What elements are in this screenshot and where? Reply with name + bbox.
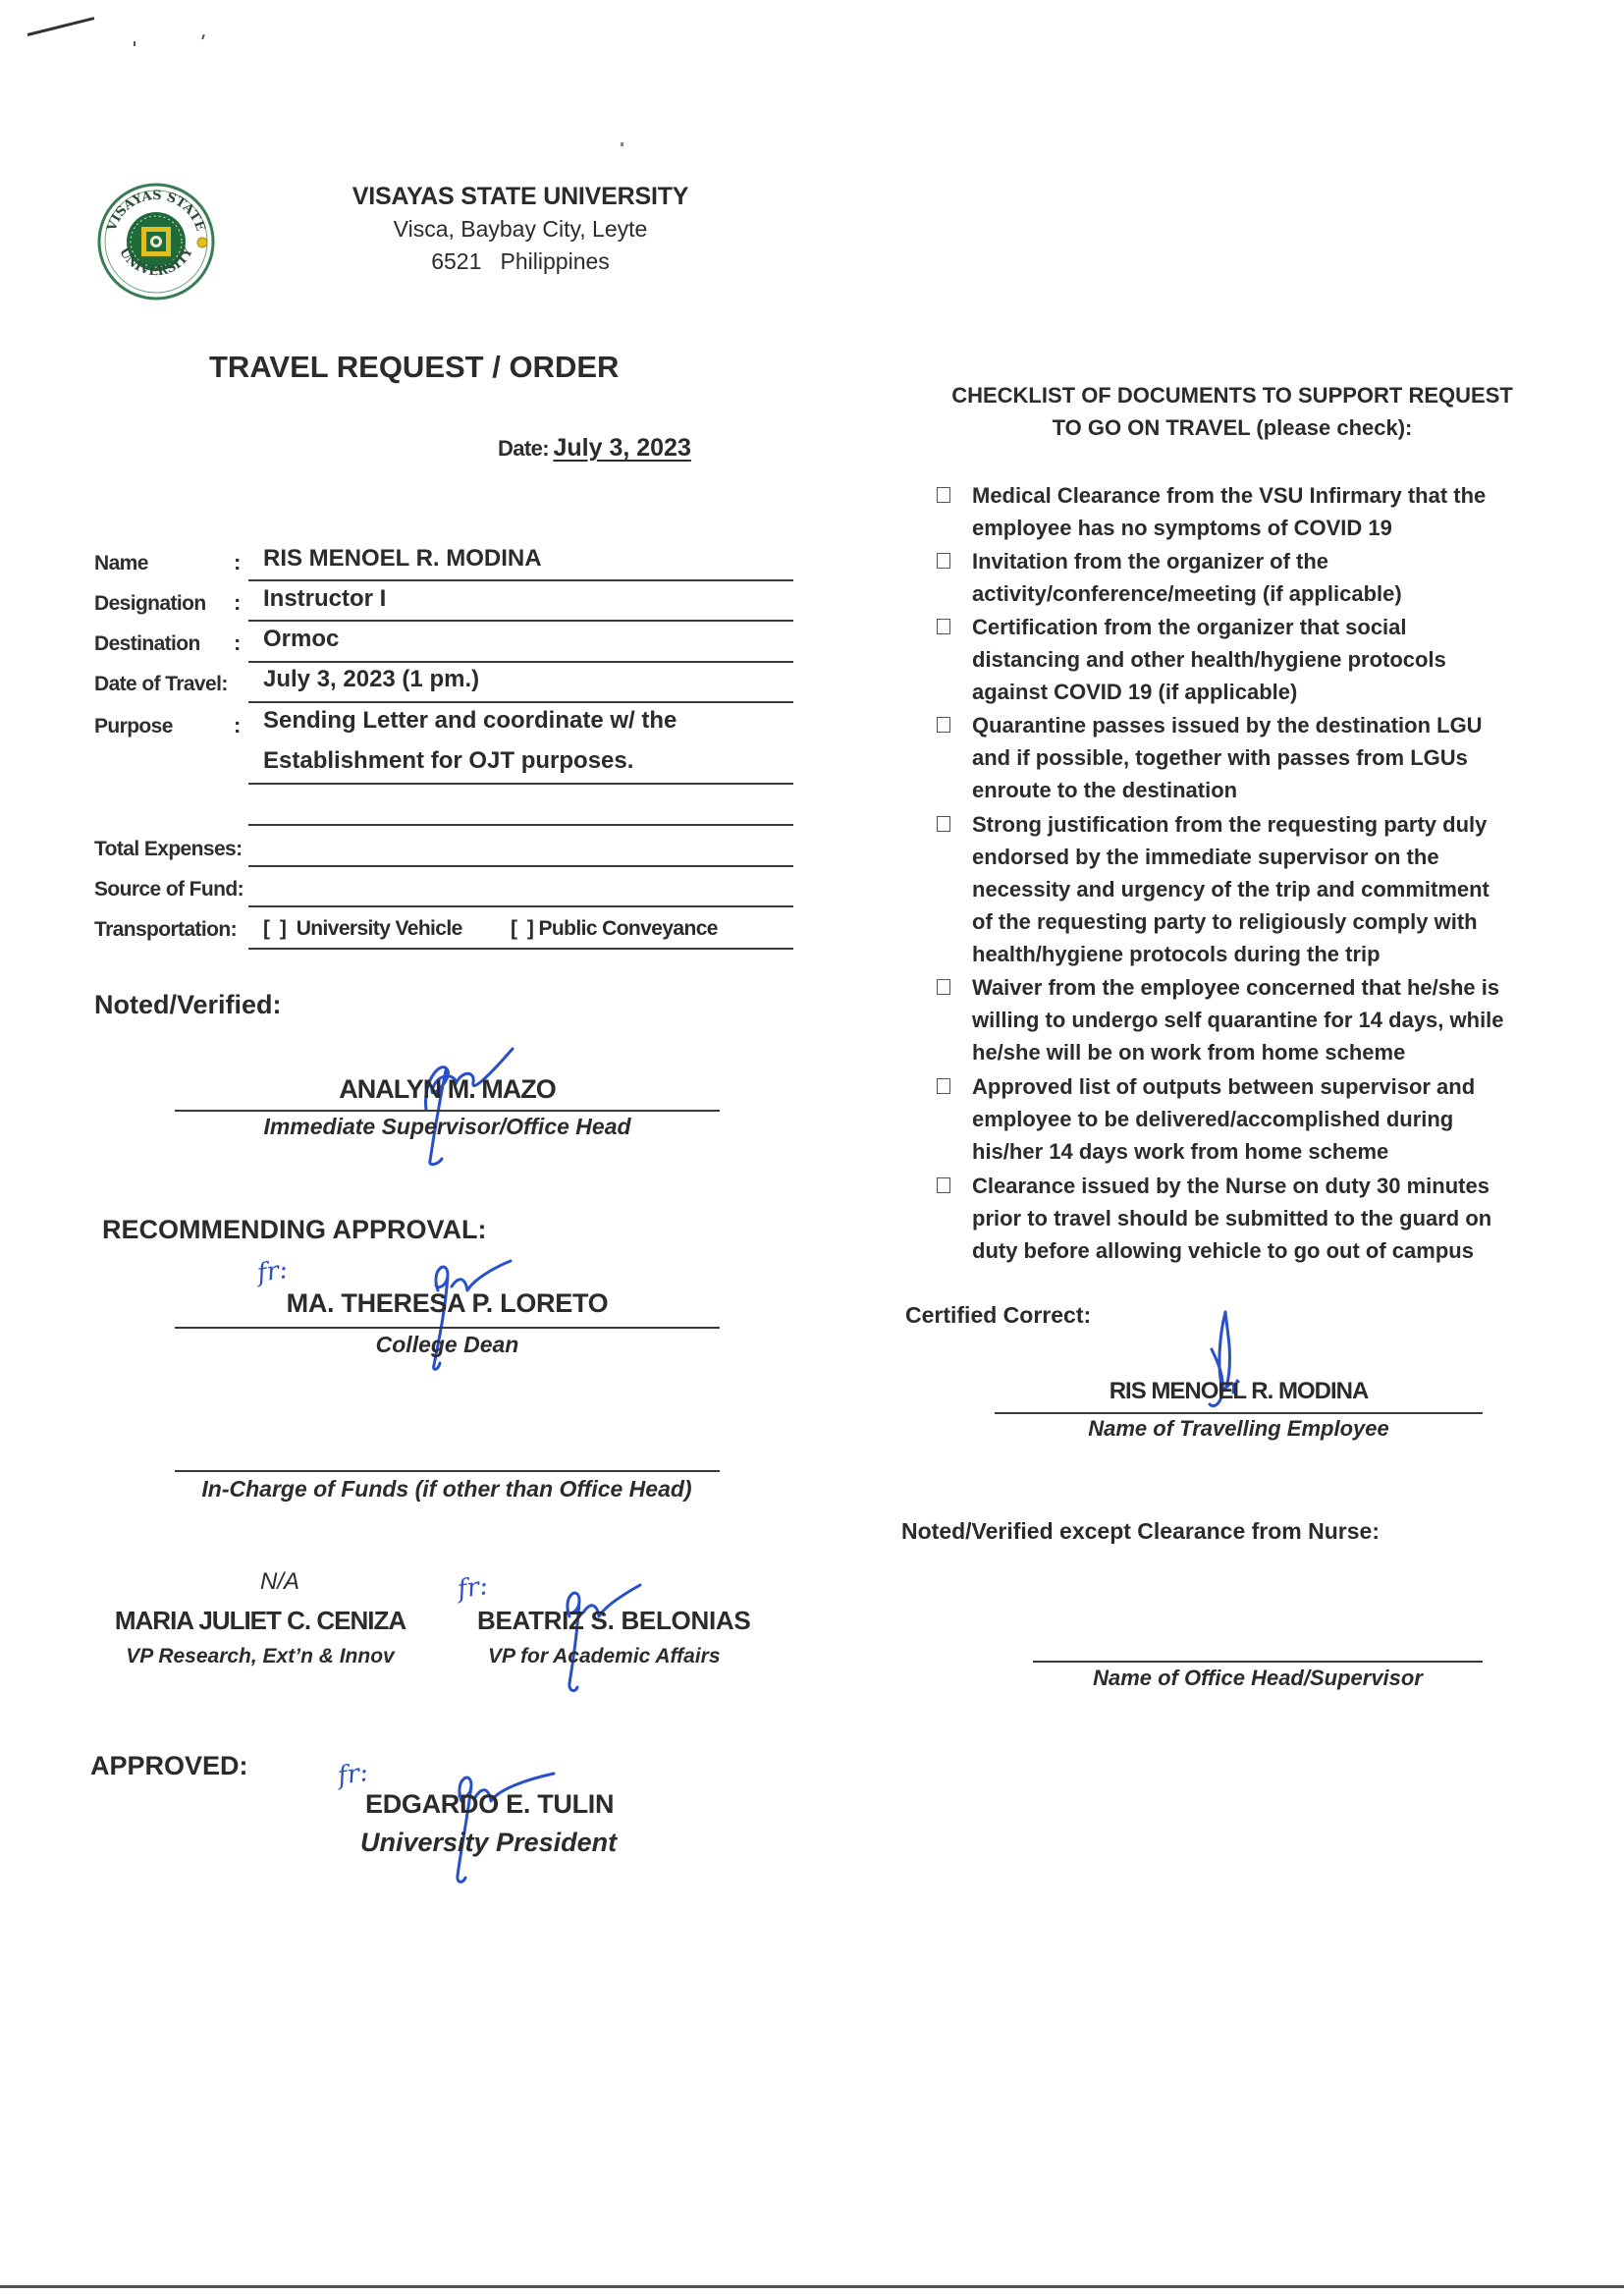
source-of-fund-field[interactable]: [263, 873, 793, 902]
date-value[interactable]: July 3, 2023: [553, 434, 690, 462]
date-label: Date:: [498, 436, 549, 461]
checklist-heading: CHECKLIST OF DOCUMENTS TO SUPPORT REQUES…: [923, 379, 1542, 444]
university-logo: VISAYAS STATE UNIVERSITY: [96, 182, 216, 301]
travelling-employee-role: Name of Travelling Employee: [995, 1416, 1483, 1442]
transportation-label: Transportation:: [94, 918, 237, 942]
name-label: Name: [94, 552, 148, 575]
checklist-item[interactable]: Approved list of outputs between supervi…: [937, 1070, 1565, 1168]
signature-mazo: [403, 1041, 540, 1169]
noted-verified-signature-line: [175, 1110, 720, 1112]
designation-underline: [248, 620, 793, 622]
source-of-fund-underline: [248, 905, 793, 907]
checklist-item[interactable]: Waiver from the employee concerned that …: [937, 971, 1565, 1068]
checklist-heading-line2: TO GO ON TRAVEL (please check):: [923, 411, 1542, 444]
scan-dot: [134, 41, 135, 46]
page-title: TRAVEL REQUEST / ORDER: [209, 350, 619, 385]
vp-research-na-note: N/A: [260, 1568, 299, 1596]
noted-verified-signer-role: Immediate Supervisor/Office Head: [175, 1114, 720, 1140]
funds-role: In-Charge of Funds (if other than Office…: [157, 1476, 736, 1503]
checkbox[interactable]: [937, 1177, 950, 1193]
destination-field[interactable]: Ormoc: [263, 626, 339, 653]
checklist-item[interactable]: Certification from the organizer that so…: [937, 611, 1565, 708]
transportation-underline: [248, 948, 793, 950]
purpose-field-line1[interactable]: Sending Letter and coordinate w/ the: [263, 707, 677, 735]
vp-research-name: MARIA JULIET C. CENIZA: [98, 1606, 422, 1636]
page-bottom-edge: [0, 2285, 1624, 2288]
recommending-signature-line: [175, 1327, 720, 1329]
destination-underline: [248, 661, 793, 663]
recommending-fr-annotation: fr:: [255, 1255, 290, 1288]
funds-signature-line: [175, 1470, 720, 1472]
office-head-signature-line: [1033, 1661, 1483, 1663]
checklist-item[interactable]: Quarantine passes issued by the destinat…: [937, 709, 1565, 806]
purpose-label: Purpose: [94, 715, 173, 738]
date-of-travel-underline: [248, 701, 793, 703]
purpose-underline: [248, 783, 793, 785]
purpose-colon: :: [234, 713, 241, 738]
checklist-item[interactable]: Invitation from the organizer of theacti…: [937, 545, 1565, 610]
public-conveyance-option[interactable]: [ ] Public Conveyance: [511, 917, 718, 941]
approved-heading: APPROVED:: [90, 1751, 248, 1781]
recommending-approval-heading: RECOMMENDING APPROVAL:: [102, 1215, 487, 1245]
vp-academic-fr-annotation: fr:: [456, 1571, 490, 1605]
checklist-item[interactable]: Medical Clearance from the VSU Infirmary…: [937, 479, 1565, 544]
checklist-item-text: Strong justification from the requesting…: [972, 808, 1571, 970]
request-date: Date: July 3, 2023: [498, 434, 691, 463]
checklist-heading-line1: CHECKLIST OF DOCUMENTS TO SUPPORT REQUES…: [923, 379, 1542, 411]
certified-correct-heading: Certified Correct:: [905, 1302, 1091, 1329]
destination-label: Destination: [94, 632, 200, 656]
checkbox[interactable]: [937, 1078, 950, 1094]
vp-academic-name: BEATRIZ S. BELONIAS: [477, 1606, 750, 1636]
name-underline: [248, 579, 793, 581]
checklist-item[interactable]: Strong justification from the requesting…: [937, 808, 1565, 970]
purpose-extra-underline: [248, 824, 793, 826]
date-of-travel-field[interactable]: July 3, 2023 (1 pm.): [263, 666, 479, 693]
recommending-signer-name: MA. THERESA P. LORETO: [175, 1288, 720, 1319]
name-colon: :: [234, 550, 241, 575]
scan-dot: [621, 142, 623, 146]
purpose-field-line2[interactable]: Establishment for OJT purposes.: [263, 747, 633, 775]
university-name: VISAYAS STATE UNIVERSITY: [324, 180, 717, 213]
approved-signer-name: EDGARDO E. TULIN: [365, 1789, 614, 1820]
destination-colon: :: [234, 630, 241, 656]
checklist-item-text: Quarantine passes issued by the destinat…: [972, 709, 1571, 806]
total-expenses-field[interactable]: [263, 833, 793, 862]
approved-signer-role: University President: [360, 1828, 617, 1858]
approved-fr-annotation: fr:: [336, 1758, 370, 1791]
university-vehicle-option[interactable]: [ ] University Vehicle: [263, 917, 462, 941]
checklist-item-text: Invitation from the organizer of theacti…: [972, 545, 1571, 610]
checklist-item-text: Waiver from the employee concerned that …: [972, 971, 1571, 1068]
designation-field[interactable]: Instructor I: [263, 585, 386, 613]
scan-dot: [201, 34, 205, 39]
date-of-travel-label: Date of Travel:: [94, 673, 228, 696]
university-address-line1: Visca, Baybay City, Leyte: [324, 213, 717, 246]
name-field[interactable]: RIS MENOEL R. MODINA: [263, 545, 542, 573]
university-header: VISAYAS STATE UNIVERSITY Visca, Baybay C…: [324, 180, 717, 278]
scan-mark: [27, 17, 95, 36]
checkbox[interactable]: [937, 619, 950, 634]
designation-label: Designation: [94, 592, 206, 616]
checklist-item[interactable]: Clearance issued by the Nurse on duty 30…: [937, 1170, 1565, 1267]
office-head-role: Name of Office Head/Supervisor: [1033, 1666, 1483, 1691]
checkbox[interactable]: [937, 979, 950, 995]
checkbox[interactable]: [937, 487, 950, 503]
travelling-employee-name: RIS MENOEL R. MODINA: [995, 1378, 1483, 1405]
checklist-item-text: Clearance issued by the Nurse on duty 30…: [972, 1170, 1571, 1267]
recommending-signer-role: College Dean: [175, 1332, 720, 1358]
noted-verified-signer-name: ANALYN M. MAZO: [175, 1074, 720, 1105]
checklist-item-text: Approved list of outputs between supervi…: [972, 1070, 1571, 1168]
signature-belonias: [550, 1583, 668, 1701]
designation-colon: :: [234, 590, 241, 616]
checkbox[interactable]: [937, 553, 950, 569]
vp-research-role: VP Research, Ext’n & Innov: [98, 1645, 422, 1668]
checklist-item-text: Certification from the organizer that so…: [972, 611, 1571, 708]
checkbox[interactable]: [937, 816, 950, 832]
noted-verified-heading: Noted/Verified:: [94, 990, 282, 1020]
university-address-line2: 6521 Philippines: [324, 246, 717, 278]
seal-icon: VISAYAS STATE UNIVERSITY: [96, 182, 216, 301]
total-expenses-label: Total Expenses:: [94, 838, 243, 861]
total-expenses-underline: [248, 865, 793, 867]
nurse-clearance-heading: Noted/Verified except Clearance from Nur…: [901, 1518, 1380, 1545]
checkbox[interactable]: [937, 717, 950, 733]
travelling-employee-signature-line: [995, 1412, 1483, 1414]
checklist-item-text: Medical Clearance from the VSU Infirmary…: [972, 479, 1571, 544]
vp-academic-role: VP for Academic Affairs: [488, 1645, 721, 1668]
source-of-fund-label: Source of Fund:: [94, 878, 244, 902]
